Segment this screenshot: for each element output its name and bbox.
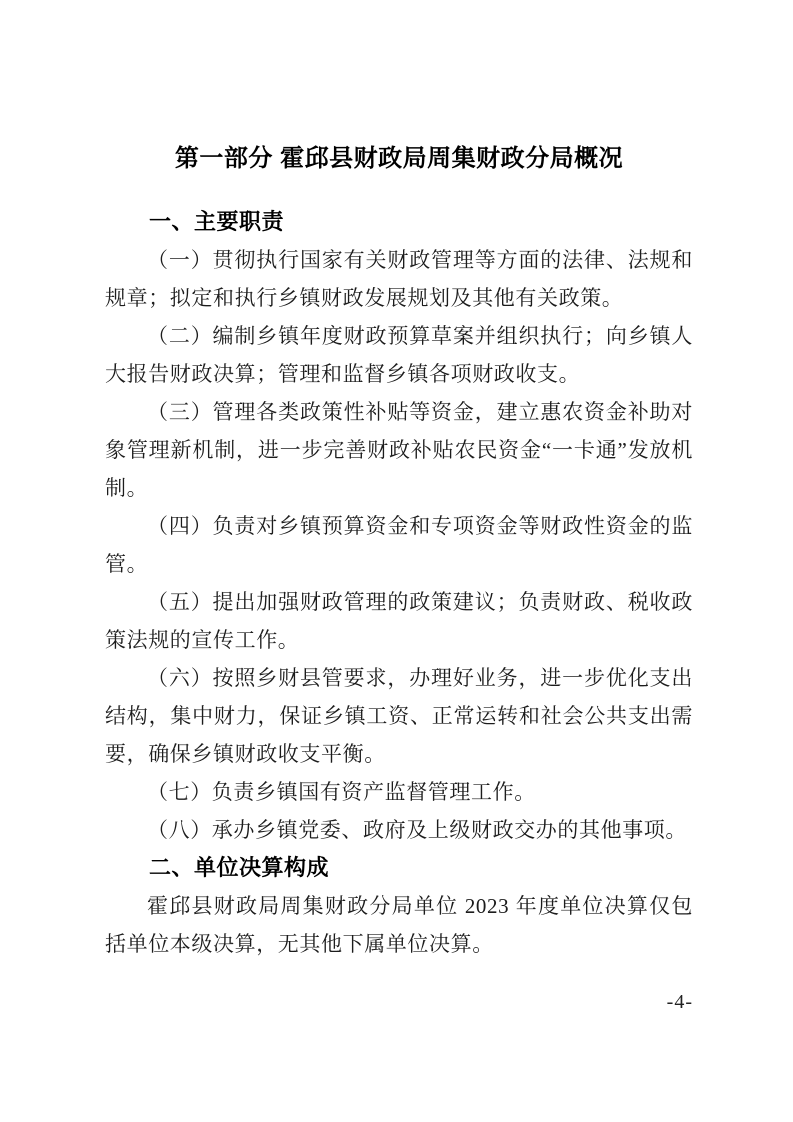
- document-page: 第一部分 霍邱县财政局周集财政分局概况 一、主要职责 （一）贯彻执行国家有关财政…: [0, 0, 793, 1122]
- paragraph-duty-8: （八）承办乡镇党委、政府及上级财政交办的其他事项。: [105, 811, 693, 849]
- paragraph-duty-4: （四）负责对乡镇预算资金和专项资金等财政性资金的监管。: [105, 507, 693, 583]
- section-heading-main-duties: 一、主要职责: [105, 203, 693, 241]
- paragraph-duty-7: （七）负责乡镇国有资产监督管理工作。: [105, 773, 693, 811]
- paragraph-duty-3: （三）管理各类政策性补贴等资金，建立惠农资金补助对象管理新机制，进一步完善财政补…: [105, 393, 693, 507]
- paragraph-duty-1: （一）贯彻执行国家有关财政管理等方面的法律、法规和规章；拟定和执行乡镇财政发展规…: [105, 241, 693, 317]
- document-title: 第一部分 霍邱县财政局周集财政分局概况: [105, 143, 693, 175]
- paragraph-duty-6: （六）按照乡财县管要求，办理好业务，进一步优化支出结构，集中财力，保证乡镇工资、…: [105, 659, 693, 773]
- paragraph-duty-2: （二）编制乡镇年度财政预算草案并组织执行；向乡镇人大报告财政决算；管理和监督乡镇…: [105, 317, 693, 393]
- paragraph-final-accounts: 霍邱县财政局周集财政分局单位 2023 年度单位决算仅包括单位本级决算，无其他下…: [105, 887, 693, 963]
- page-number: -4-: [667, 990, 693, 1014]
- paragraph-duty-5: （五）提出加强财政管理的政策建议；负责财政、税收政策法规的宣传工作。: [105, 583, 693, 659]
- document-content: 第一部分 霍邱县财政局周集财政分局概况 一、主要职责 （一）贯彻执行国家有关财政…: [105, 143, 693, 963]
- section-heading-final-accounts-composition: 二、单位决算构成: [105, 849, 693, 887]
